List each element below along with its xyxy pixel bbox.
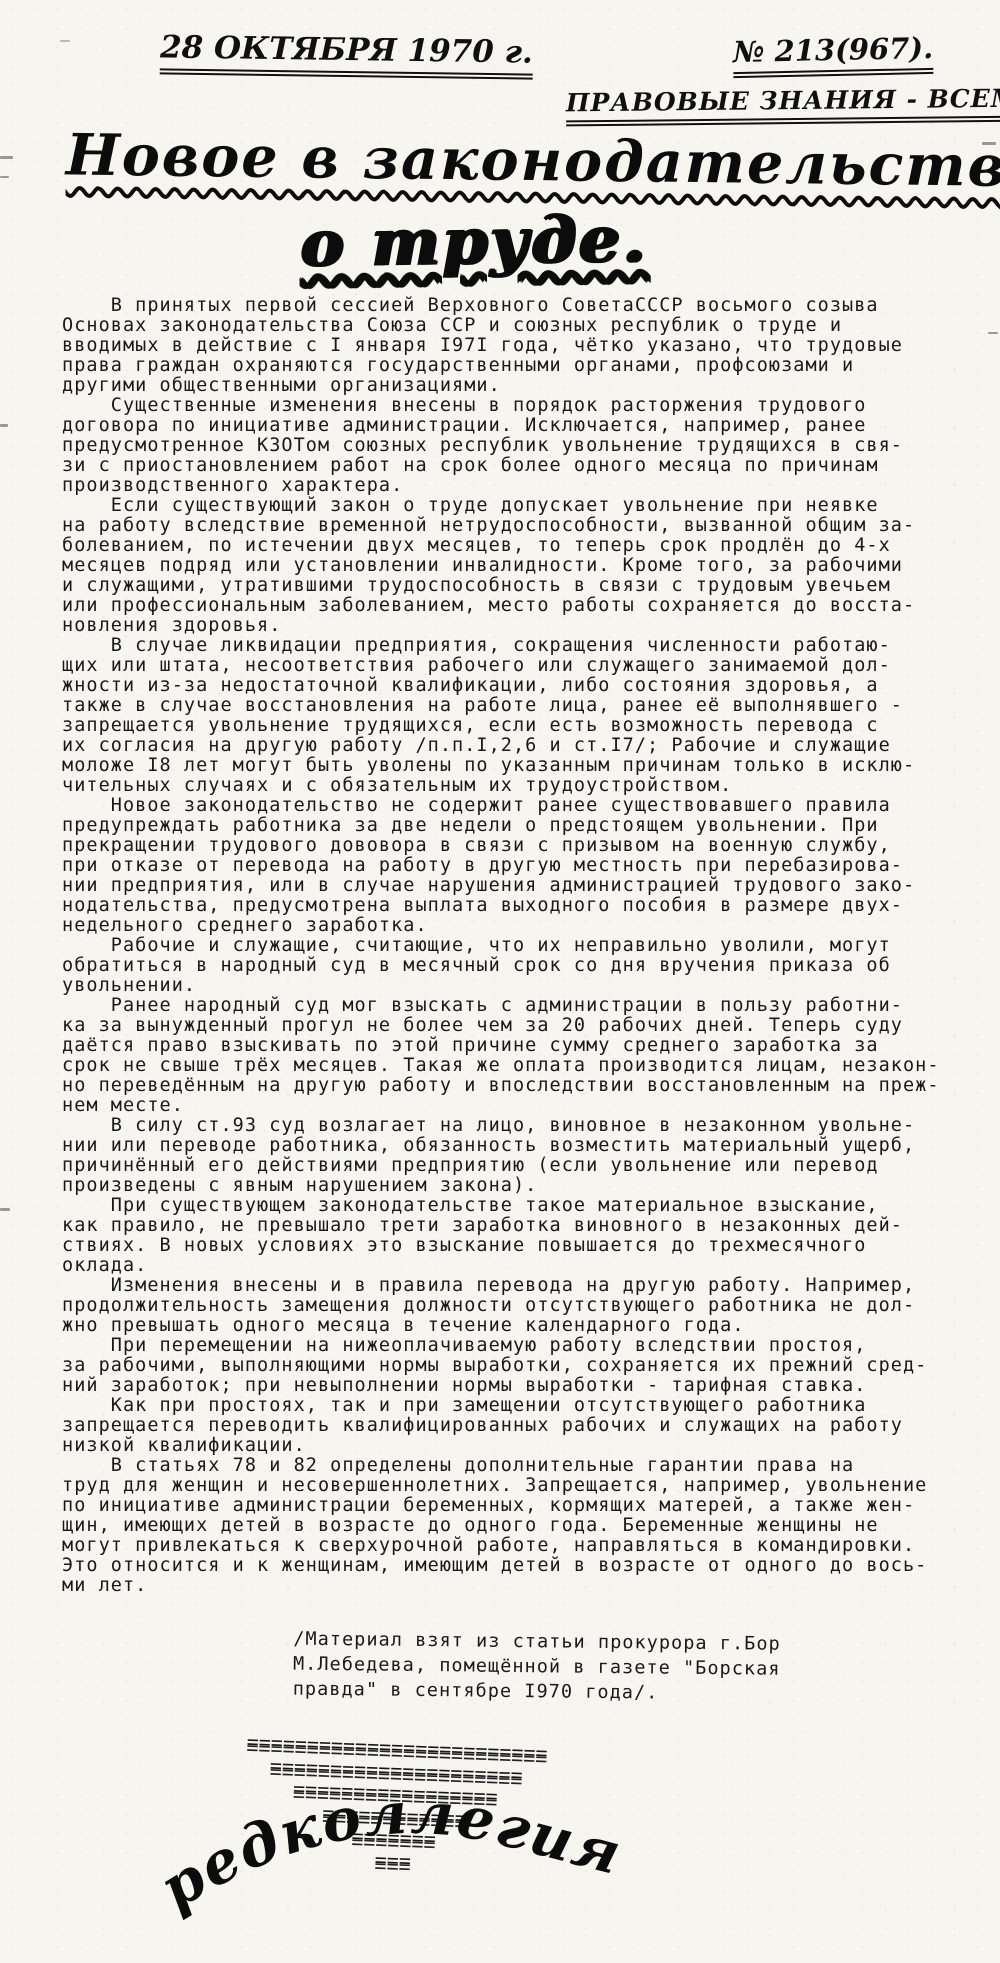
paragraph: При перемещении на нижеоплачиваемую рабо…	[62, 1336, 962, 1396]
paragraph: Существенные изменения внесены в порядок…	[62, 396, 962, 496]
article-title-line1-underline: Новое в законодательстве	[66, 121, 1000, 201]
date-stamp: 28 ОКТЯБРЯ 1970 г.	[160, 29, 533, 79]
scan-artifact	[0, 424, 8, 427]
article-title-line1-text: Новое в законодательстве	[66, 121, 1000, 200]
scan-artifact	[0, 156, 13, 159]
signature-redkollegiya: редколлегия	[162, 1793, 702, 1963]
issue-number-text: № 213(967).	[733, 31, 934, 78]
rubric-motto: ПРАВОВЫЕ ЗНАНИЯ - ВСЕМ.	[566, 84, 1000, 127]
rubric-motto-text: ПРАВОВЫЕ ЗНАНИЯ - ВСЕМ.	[566, 84, 1000, 127]
paragraph: В силу ст.93 суд возлагает на лицо, вино…	[62, 1116, 962, 1196]
paragraph: Новое законодательство не содержит ранее…	[62, 796, 962, 936]
scan-artifact	[0, 176, 9, 178]
paragraph: Если существующий закон о труде допускае…	[62, 496, 962, 636]
scan-artifact	[0, 1208, 10, 1211]
signature-text: редколлегия	[162, 1793, 629, 1923]
paragraph: В случае ликвидации предприятия, сокраще…	[62, 636, 962, 796]
paragraph: В статьях 78 и 82 определены дополнитель…	[62, 1456, 962, 1596]
issue-number: № 213(967).	[733, 31, 934, 78]
paragraph: Ранее народный суд мог взыскать с админи…	[62, 996, 962, 1116]
article-title-line2: о труде.	[299, 202, 647, 282]
document-page: 28 ОКТЯБРЯ 1970 г. № 213(967). ПРАВОВЫЕ …	[0, 0, 1000, 1963]
paragraph: Рабочие и служащие, считающие, что их не…	[62, 936, 962, 996]
paragraph: При существующем законодательстве такое …	[62, 1196, 962, 1276]
scan-artifact	[988, 332, 998, 334]
paragraph: Изменения внесены и в правила перевода н…	[62, 1276, 962, 1336]
paragraph: Как при простоях, так и при замещении от…	[62, 1396, 962, 1456]
date-stamp-text: 28 ОКТЯБРЯ 1970 г.	[160, 29, 533, 79]
article-title-line2-text: о труде.	[299, 202, 647, 282]
scan-artifact	[60, 40, 70, 42]
article-body: В принятых первой сессией Верховного Сов…	[62, 296, 962, 1596]
scan-artifact	[982, 142, 996, 145]
article-title-line1: Новое в законодательстве	[66, 121, 1000, 201]
attribution-note: /Материал взят из статьи прокурора г.Бор…	[293, 1627, 934, 1709]
paragraph: В принятых первой сессией Верховного Сов…	[62, 296, 962, 396]
signature-curve: редколлегия	[162, 1793, 629, 1923]
